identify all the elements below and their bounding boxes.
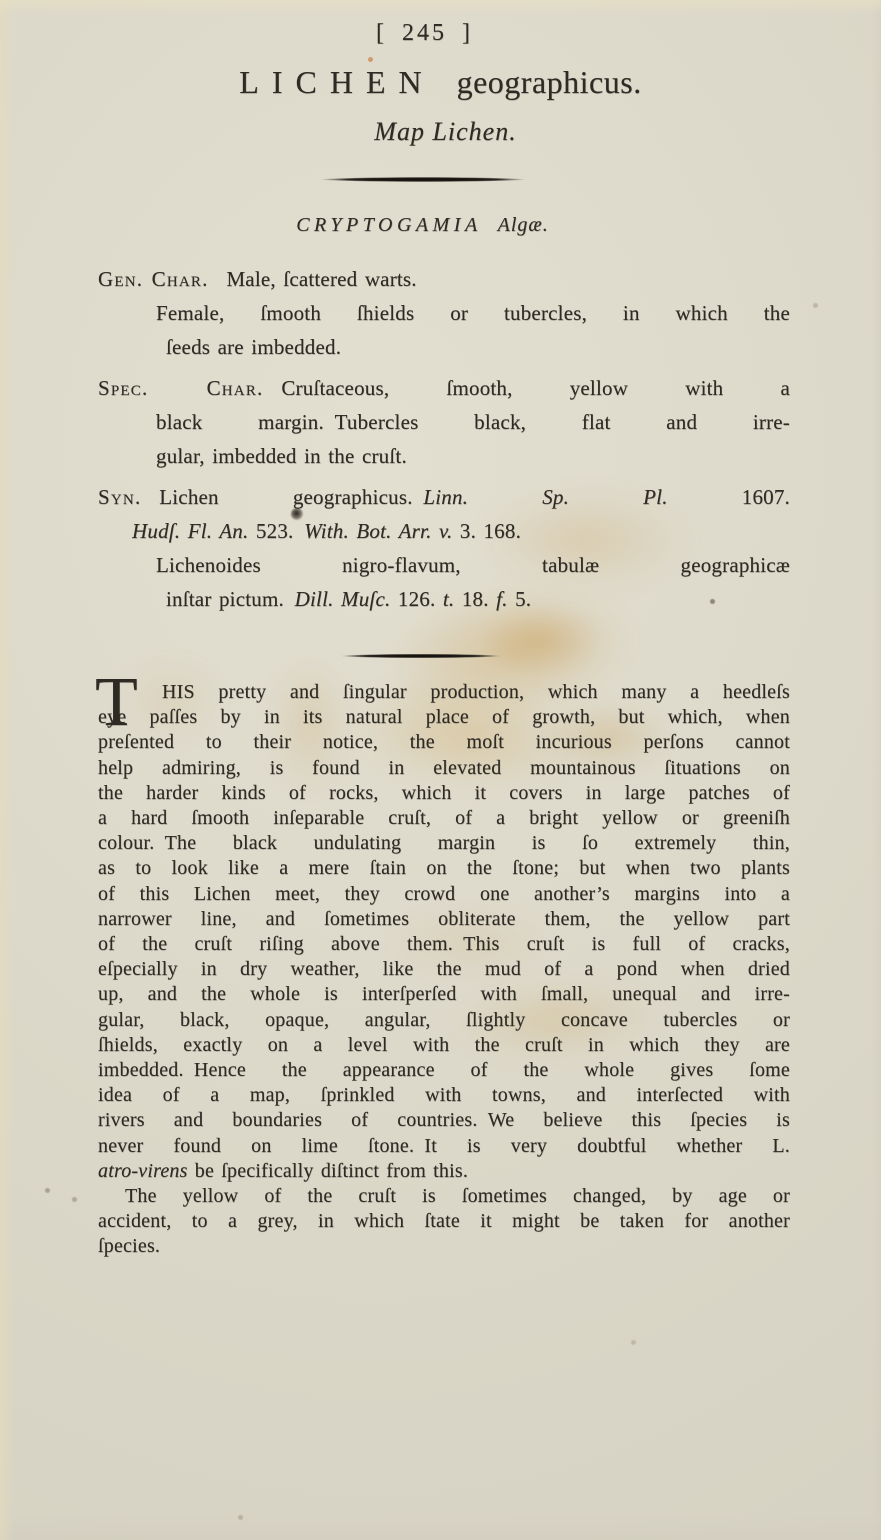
text-line: ſpecies. — [98, 1234, 790, 1259]
text-line: Gen. Char.Male, ſcattered warts. — [98, 262, 790, 296]
text-line: as to look like a mere ſtain on the ſton… — [98, 856, 790, 881]
title-species-epithet: geographicus. — [457, 64, 642, 100]
text-line: gular, black, opaque, angular, ſlightly … — [98, 1008, 790, 1033]
text-line: Hudſ. Fl. An. 523. With. Bot. Arr. v. 3.… — [98, 514, 790, 548]
drop-cap: T — [95, 673, 138, 733]
text-run: The yellow of the cruſt is ſometimes cha… — [125, 1185, 790, 1207]
text-run: gular, black, opaque, angular, ſlightly … — [98, 1009, 790, 1031]
page-title: LICHENgeographicus. — [0, 64, 881, 101]
text-line: inſtar pictum. Dill. Muſc. 126. t. 18. f… — [98, 582, 790, 616]
decorative-rule-top — [286, 176, 560, 183]
text-run: Lichenoides nigro-flavum, tabulæ geograp… — [156, 553, 790, 577]
text-line: Spec. Char.Cruſtaceous, ſmooth, yellow w… — [98, 371, 790, 405]
italic-text: Dill. Muſc. — [295, 587, 391, 611]
italic-text: t. — [443, 587, 455, 611]
text-run: ſeeds are imbedded. — [166, 335, 341, 359]
entry-gen-char: Gen. Char.Male, ſcattered warts.Female, … — [98, 262, 790, 364]
text-run: rivers and boundaries of countries. We b… — [98, 1109, 790, 1131]
text-line: HIS pretty and ſingular production, whic… — [98, 680, 790, 705]
text-line: eſpecially in dry weather, like the mud … — [98, 957, 790, 982]
text-line: Lichenoides nigro-flavum, tabulæ geograp… — [98, 548, 790, 582]
text-line: Female, ſmooth ſhields or tubercles, in … — [98, 296, 790, 330]
entry-spec-char: Spec. Char.Cruſtaceous, ſmooth, yellow w… — [98, 371, 790, 473]
text-run: eſpecially in dry weather, like the mud … — [98, 958, 790, 980]
text-line: the harder kinds of rocks, which it cove… — [98, 781, 790, 806]
text-run: narrower line, and ſometimes obliterate … — [98, 908, 790, 930]
text-run: preſented to their notice, the moſt incu… — [98, 731, 790, 753]
text-line: of the cruſt riſing above them. This cru… — [98, 932, 790, 957]
text-line: never found on lime ſtone. It is very do… — [98, 1134, 790, 1159]
text-line: atro-virens be ſpecifically diſtinct fro… — [98, 1159, 790, 1184]
text-run: help admiring, is found in elevated moun… — [98, 757, 790, 779]
text-run: a hard ſmooth inſeparable cruſt, of a br… — [98, 807, 790, 829]
taxonomy-division: Algæ. — [498, 214, 549, 236]
text-line: ſeeds are imbedded. — [98, 330, 790, 364]
text-run: inſtar pictum. — [166, 587, 295, 611]
text-run: be ſpecifically diſtinct from this. — [188, 1160, 468, 1182]
species-name-atro-virens: atro-virens — [98, 1160, 188, 1182]
text-run: imbedded. Hence the appearance of the wh… — [98, 1059, 790, 1081]
text-run: 18. — [454, 587, 496, 611]
italic-text: With. Bot. Arr. v. — [304, 519, 452, 543]
text-line: gular, imbedded in the cruſt. — [98, 439, 790, 473]
decorative-rule-middle — [314, 653, 528, 659]
text-line: rivers and boundaries of countries. We b… — [98, 1108, 790, 1133]
text-run: 126. — [390, 587, 442, 611]
text-column: Gen. Char.Male, ſcattered warts.Female, … — [98, 262, 790, 1260]
text-line: narrower line, and ſometimes obliterate … — [98, 907, 790, 932]
text-run: eye paſſes by in its natural place of gr… — [98, 706, 790, 728]
text-line: help admiring, is found in elevated moun… — [98, 756, 790, 781]
text-run: of this Lichen meet, they crowd one anot… — [98, 883, 790, 905]
taxonomy-class: CRYPTOGAMIA — [296, 214, 481, 236]
text-line: preſented to their notice, the moſt incu… — [98, 730, 790, 755]
text-run: Cruſtaceous, ſmooth, yellow with a — [281, 376, 790, 400]
text-run: of the cruſt riſing above them. This cru… — [98, 933, 790, 955]
italic-text: f. — [496, 587, 508, 611]
text-run: 523. — [248, 519, 304, 543]
text-line: ſhields, exactly on a level with the cru… — [98, 1033, 790, 1058]
text-run: accident, to a grey, in which ſtate it m… — [98, 1210, 790, 1232]
description-paragraph-2: The yellow of the cruſt is ſometimes cha… — [98, 1184, 790, 1260]
taxonomy-line: CRYPTOGAMIAAlgæ. — [0, 214, 863, 237]
text-line: up, and the whole is interſperſed with ſ… — [98, 982, 790, 1007]
common-name: Map Lichen. — [5, 117, 881, 147]
text-run: colour. The black undulating margin is ſ… — [98, 832, 790, 854]
text-line: black margin. Tubercles black, flat and … — [98, 405, 790, 439]
entry-label-spec-char: Spec. Char. — [98, 376, 264, 400]
text-run: up, and the whole is interſperſed with ſ… — [98, 983, 790, 1005]
text-line: Syn.Lichen geographicus. Linn. Sp. Pl. 1… — [98, 480, 790, 514]
italic-text: Hudſ. Fl. An. — [132, 519, 248, 543]
text-run: as to look like a mere ſtain on the ſton… — [98, 857, 790, 879]
text-run: 3. 168. — [452, 519, 521, 543]
description-paragraph-1: T HIS pretty and ſingular production, wh… — [98, 680, 790, 1184]
entry-label-gen-char: Gen. Char. — [98, 267, 209, 291]
title-genus: LICHEN — [239, 64, 434, 100]
text-line: colour. The black undulating margin is ſ… — [98, 831, 790, 856]
text-line: imbedded. Hence the appearance of the wh… — [98, 1058, 790, 1083]
text-line: of this Lichen meet, they crowd one anot… — [98, 882, 790, 907]
page-number: [ 245 ] — [0, 20, 865, 47]
text-line: idea of a map, ſprinkled with towns, and… — [98, 1083, 790, 1108]
entry-syn: Syn.Lichen geographicus. Linn. Sp. Pl. 1… — [98, 480, 790, 616]
text-line: The yellow of the cruſt is ſometimes cha… — [98, 1184, 790, 1209]
text-run: ſpecies. — [98, 1235, 160, 1257]
text-line: accident, to a grey, in which ſtate it m… — [98, 1209, 790, 1234]
text-line: eye paſſes by in its natural place of gr… — [98, 705, 790, 730]
text-run: idea of a map, ſprinkled with towns, and… — [98, 1084, 790, 1106]
text-run: ſhields, exactly on a level with the cru… — [98, 1034, 790, 1056]
text-run: Male, ſcattered warts. — [226, 267, 416, 291]
text-run: Lichen geographicus. — [159, 485, 423, 509]
text-run: the harder kinds of rocks, which it cove… — [98, 782, 790, 804]
text-run: never found on lime ſtone. It is very do… — [98, 1135, 790, 1157]
species-characters: Gen. Char.Male, ſcattered warts.Female, … — [98, 262, 790, 616]
text-run: 5. — [508, 587, 532, 611]
book-page: [ 245 ] LICHENgeographicus. Map Lichen. … — [0, 0, 881, 1540]
text-run: 1607. — [668, 485, 790, 509]
foxing-specks — [368, 57, 373, 62]
text-run: black margin. Tubercles black, flat and … — [156, 410, 790, 434]
text-run: Female, ſmooth ſhields or tubercles, in … — [156, 301, 790, 325]
text-run: gular, imbedded in the cruſt. — [156, 444, 407, 468]
text-run: HIS pretty and ſingular production, whic… — [162, 681, 790, 703]
italic-text: Linn. Sp. Pl. — [423, 485, 667, 509]
entry-label-syn: Syn. — [98, 485, 141, 509]
text-line: a hard ſmooth inſeparable cruſt, of a br… — [98, 806, 790, 831]
